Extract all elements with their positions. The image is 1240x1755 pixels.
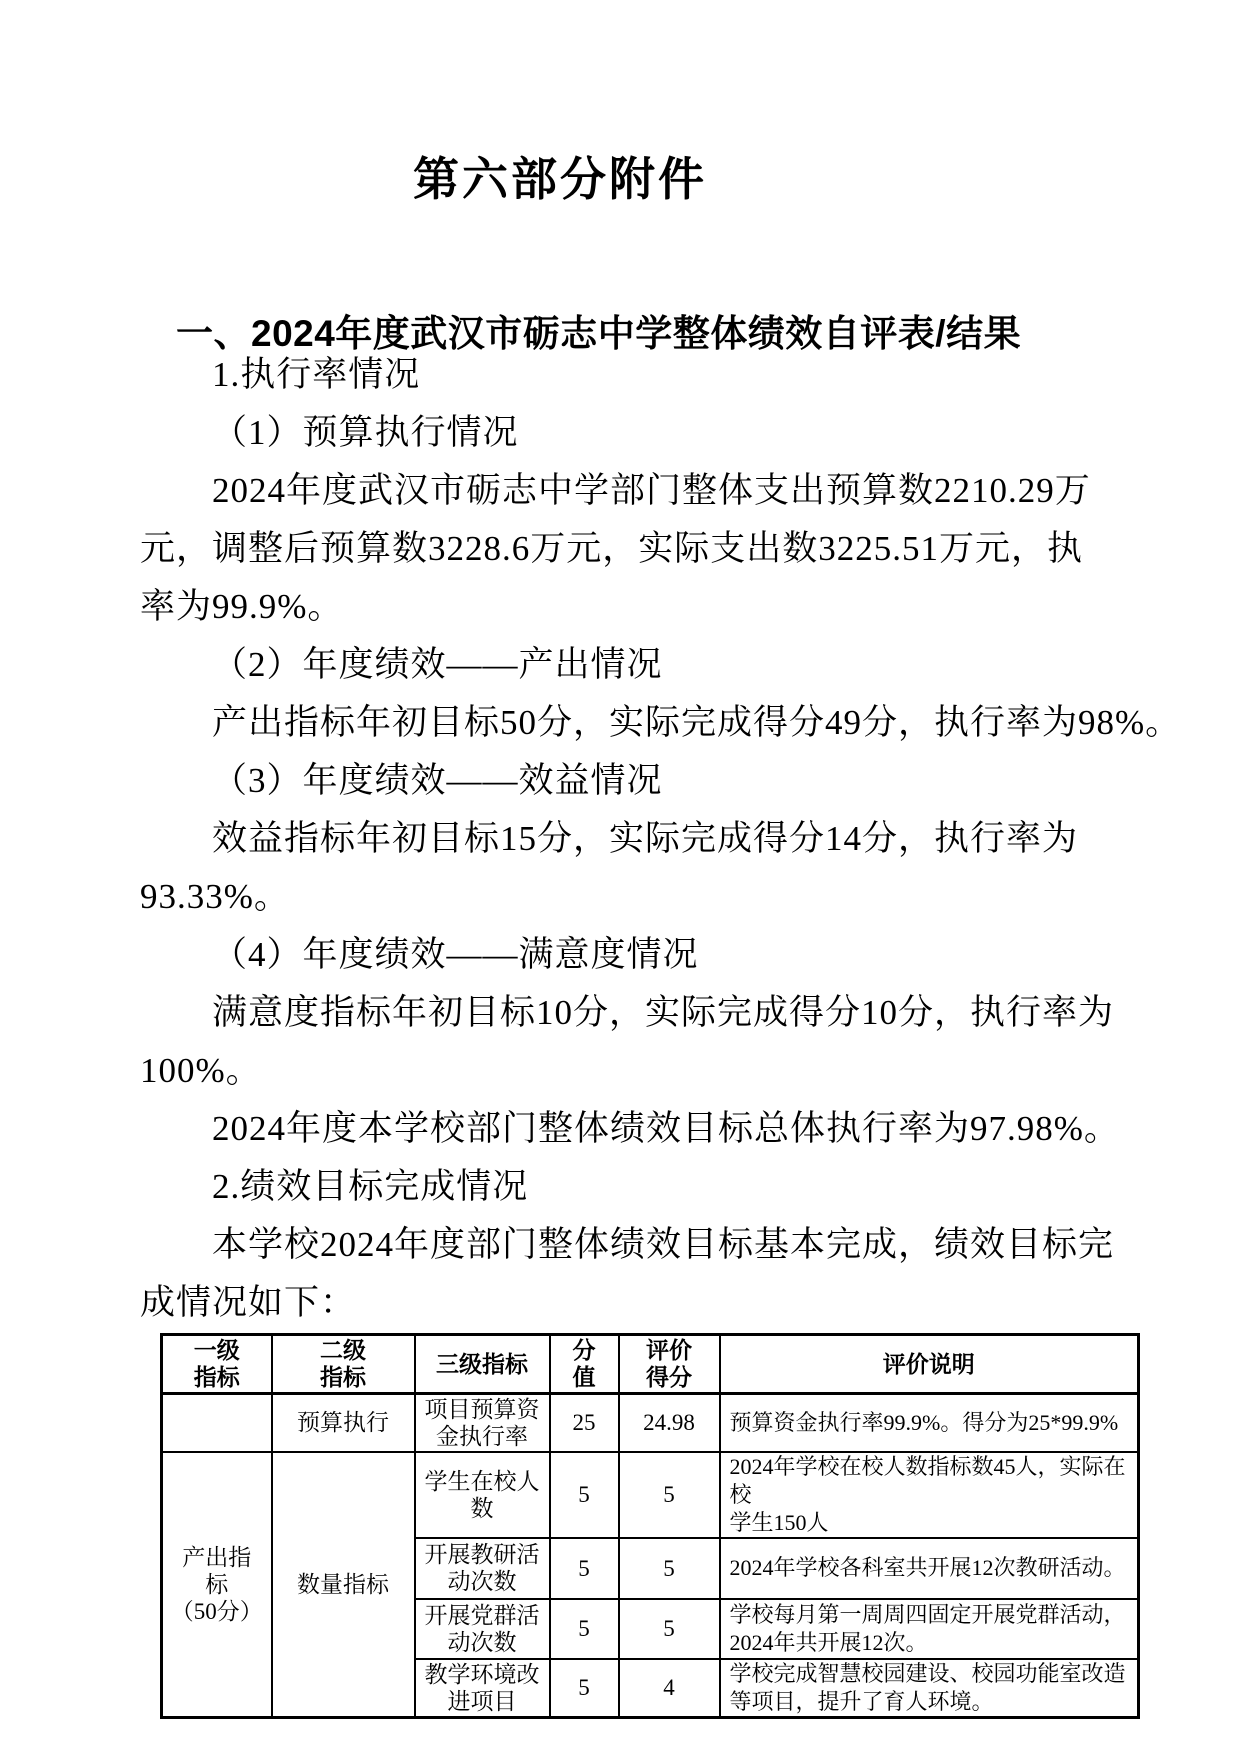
result-cell: 5 bbox=[619, 1538, 720, 1599]
score-cell: 5 bbox=[550, 1452, 619, 1538]
note-cell: 学校每月第一周周四固定开展党群活动， 2024年共开展12次。 bbox=[720, 1599, 1139, 1659]
performance-table: 一级 指标 二级 指标 三级指标 分 值 评价 得分 评价说明 预算执行 项目预… bbox=[160, 1333, 1140, 1719]
result-cell: 24.98 bbox=[619, 1394, 720, 1452]
body-line-9: 效益指标年初目标15分，实际完成得分14分，执行率为 bbox=[140, 817, 1150, 861]
body-line-14: 2024年度本学校部门整体绩效目标总体执行率为97.98%。 bbox=[140, 1107, 1150, 1151]
note-cell: 2024年学校各科室共开展12次教研活动。 bbox=[720, 1538, 1139, 1599]
body-line-6: （2）年度绩效——产出情况 bbox=[140, 643, 1150, 687]
body-line-2: （1）预算执行情况 bbox=[140, 411, 1150, 455]
note-cell: 预算资金执行率99.9%。得分为25*99.9% bbox=[720, 1394, 1139, 1452]
result-cell: 5 bbox=[619, 1599, 720, 1659]
body-line-1: 1.执行率情况 bbox=[140, 353, 1150, 397]
body-line-8: （3）年度绩效——效益情况 bbox=[140, 759, 1150, 803]
score-cell: 5 bbox=[550, 1538, 619, 1599]
score-cell: 25 bbox=[550, 1394, 619, 1452]
score-cell: 5 bbox=[550, 1659, 619, 1718]
score-cell: 5 bbox=[550, 1599, 619, 1659]
body-line-13: 100%。 bbox=[140, 1049, 1150, 1093]
header-score: 分 值 bbox=[550, 1335, 619, 1394]
body-line-17: 成情况如下： bbox=[140, 1281, 1150, 1325]
document-title: 第六部分附件 bbox=[100, 143, 1020, 209]
indicator-cell: 开展党群活 动次数 bbox=[415, 1599, 550, 1659]
note-cell: 学校完成智慧校园建设、校园功能室改造 等项目，提升了育人环境。 bbox=[720, 1659, 1139, 1718]
result-cell: 5 bbox=[619, 1452, 720, 1538]
result-cell: 4 bbox=[619, 1659, 720, 1718]
section-heading: 一、2024年度武汉市砺志中学整体绩效自评表/结果 bbox=[176, 303, 1021, 357]
indicator-cell: 项目预算资 金执行率 bbox=[415, 1394, 550, 1452]
body-line-12: 满意度指标年初目标10分，实际完成得分10分，执行率为 bbox=[140, 991, 1150, 1035]
indicator-cell: 开展教研活 动次数 bbox=[415, 1538, 550, 1599]
body-line-10: 93.33%。 bbox=[140, 875, 1150, 919]
indicator-cell: 学生在校人 数 bbox=[415, 1452, 550, 1538]
level2-cell: 预算执行 bbox=[272, 1394, 415, 1452]
body-line-11: （4）年度绩效——满意度情况 bbox=[140, 933, 1150, 977]
body-line-3: 2024年度武汉市砺志中学部门整体支出预算数2210.29万 bbox=[140, 469, 1150, 513]
indicator-cell: 教学环境改 进项目 bbox=[415, 1659, 550, 1718]
table-row: 产出指 标 （50分） 数量指标 学生在校人 数 5 5 2024年学校在校人数… bbox=[162, 1452, 1139, 1538]
table-row: 预算执行 项目预算资 金执行率 25 24.98 预算资金执行率99.9%。得分… bbox=[162, 1394, 1139, 1452]
body-line-4: 元，调整后预算数3228.6万元，实际支出数3225.51万元，执 bbox=[140, 527, 1150, 571]
header-note: 评价说明 bbox=[720, 1335, 1139, 1394]
body-line-15: 2.绩效目标完成情况 bbox=[140, 1165, 1150, 1209]
note-cell: 2024年学校在校人数指标数45人，实际在校 学生150人 bbox=[720, 1452, 1139, 1538]
body-line-5: 率为99.9%。 bbox=[140, 585, 1150, 629]
header-level3: 三级指标 bbox=[415, 1335, 550, 1394]
table-header-row: 一级 指标 二级 指标 三级指标 分 值 评价 得分 评价说明 bbox=[162, 1335, 1139, 1394]
header-level1: 一级 指标 bbox=[162, 1335, 272, 1394]
header-result: 评价 得分 bbox=[619, 1335, 720, 1394]
level1-cell-empty bbox=[162, 1394, 272, 1452]
level1-group-cell: 产出指 标 （50分） bbox=[162, 1452, 272, 1718]
body-line-7: 产出指标年初目标50分，实际完成得分49分，执行率为98%。 bbox=[140, 701, 1150, 745]
document-page: 第六部分附件 一、2024年度武汉市砺志中学整体绩效自评表/结果 1.执行率情况… bbox=[0, 0, 1240, 1755]
body-line-16: 本学校2024年度部门整体绩效目标基本完成，绩效目标完 bbox=[140, 1223, 1150, 1267]
level2-group-cell: 数量指标 bbox=[272, 1452, 415, 1718]
header-level2: 二级 指标 bbox=[272, 1335, 415, 1394]
